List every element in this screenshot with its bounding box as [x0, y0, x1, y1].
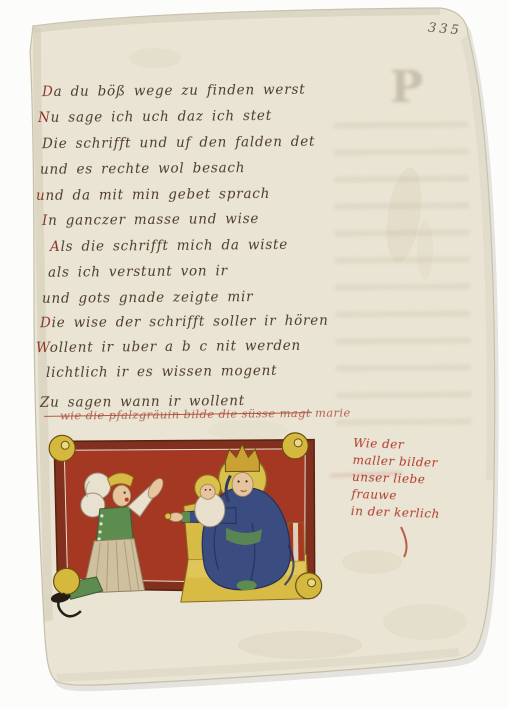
manuscript-line: und da mit min gebet sprach [36, 187, 270, 204]
corner-roundel-top-right [282, 433, 308, 459]
manuscript-line: und gots gnade zeigte mir [42, 290, 254, 307]
red-pen-slash [396, 524, 414, 560]
corner-roundel-top-left [49, 435, 75, 461]
manuscript-line: als ich verstunt von ir [48, 264, 228, 281]
manuscript-line: Als die schrifft mich da wiste [50, 238, 288, 255]
manuscript-line: In ganczer masse und wise [42, 212, 259, 229]
manuscript-line: Wollent ir uber a b c nit werden [36, 339, 301, 356]
manuscript-line: lichtlich ir es wissen mogent [46, 364, 277, 381]
corner-roundel-bottom-right [296, 573, 322, 599]
face [200, 484, 215, 499]
manuscript-line: Da du böß wege zu finden werst [42, 83, 306, 100]
stain [129, 48, 181, 68]
bleedthrough-initial: P [390, 62, 423, 113]
manuscript-page-photo: 335 P Da du böß wege zu finden werst Nu … [0, 0, 508, 708]
rubric-block: Wie der maller bilder unser liebe frauwe… [351, 435, 474, 524]
bleedthrough-text-ghost [334, 121, 472, 427]
manuscript-line: Nu sage ich uch daz ich stet [38, 109, 272, 126]
stain [342, 550, 402, 574]
face [113, 485, 131, 506]
stain [238, 631, 362, 659]
stain [383, 604, 467, 640]
miniature-panel [37, 426, 339, 624]
manuscript-line: und es rechte wol besach [40, 161, 245, 178]
manuscript-line: Die wise der schrifft soller ir hören [40, 314, 329, 332]
face [232, 472, 253, 496]
manuscript-line: Die schrifft und uf den falden det [42, 135, 315, 152]
folio-number: 335 [427, 21, 462, 39]
